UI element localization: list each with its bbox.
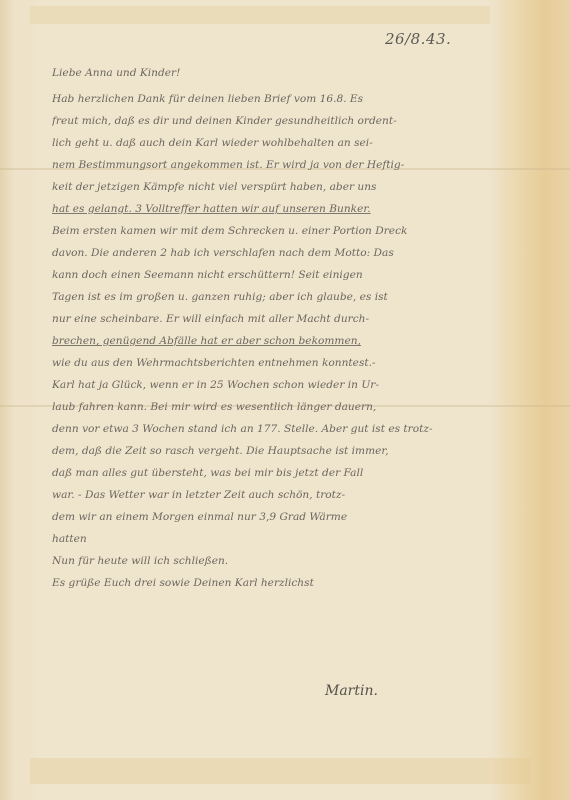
letter-page: 26/8.43. Liebe Anna und Kinder! Hab herz… (0, 0, 570, 800)
letter-line: denn vor etwa 3 Wochen stand ich an 177.… (52, 418, 502, 440)
letter-line: Tagen ist es im großen u. ganzen ruhig; … (52, 286, 502, 308)
letter-line: freut mich, daß es dir und deinen Kinder… (52, 110, 502, 132)
letter-line: Beim ersten kamen wir mit dem Schrecken … (52, 220, 502, 242)
letter-signature: Martin. (325, 683, 378, 699)
letter-line: hat es gelangt. 3 Volltreffer hatten wir… (52, 198, 502, 220)
letter-line: laub fahren kann. Bei mir wird es wesent… (52, 396, 502, 418)
letter-line: wie du aus den Wehrmachtsberichten entne… (52, 352, 502, 374)
letter-greeting: Liebe Anna und Kinder! (52, 58, 502, 88)
letter-line: keit der jetzigen Kämpfe nicht viel vers… (52, 176, 502, 198)
letter-line: Nun für heute will ich schließen. (52, 550, 502, 572)
letter-line: Es grüße Euch drei sowie Deinen Karl her… (52, 572, 502, 594)
letter-date: 26/8.43. (385, 30, 451, 48)
letter-line: dem, daß die Zeit so rasch vergeht. Die … (52, 440, 502, 462)
letter-line: hatten (52, 528, 502, 550)
letter-line: kann doch einen Seemann nicht erschütter… (52, 264, 502, 286)
letter-line: lich geht u. daß auch dein Karl wieder w… (52, 132, 502, 154)
letter-line: davon. Die anderen 2 hab ich verschlafen… (52, 242, 502, 264)
letter-line: Karl hat ja Glück, wenn er in 25 Wochen … (52, 374, 502, 396)
letter-body: Liebe Anna und Kinder! Hab herzlichen Da… (52, 58, 502, 594)
letter-line: dem wir an einem Morgen einmal nur 3,9 G… (52, 506, 502, 528)
letter-line: brechen, genügend Abfälle hat er aber sc… (52, 330, 502, 352)
letter-line: war. - Das Wetter war in letzter Zeit au… (52, 484, 502, 506)
letter-line: nem Bestimmungsort angekommen ist. Er wi… (52, 154, 502, 176)
letter-line: nur eine scheinbare. Er will einfach mit… (52, 308, 502, 330)
letter-line: Hab herzlichen Dank für deinen lieben Br… (52, 88, 502, 110)
letter-line: daß man alles gut übersteht, was bei mir… (52, 462, 502, 484)
